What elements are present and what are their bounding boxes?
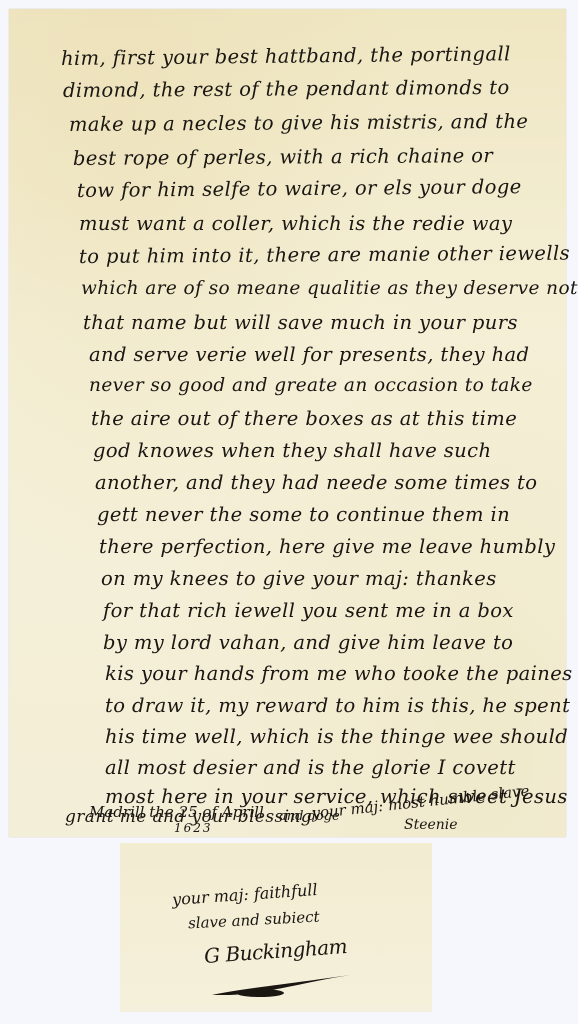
- letter-line-23: all most desier and is the glorie I cove…: [105, 756, 516, 779]
- letter-line-8: which are of so meane qualitie as they d…: [81, 278, 578, 299]
- letter-line-10: and serve verie well for presents, they …: [89, 343, 529, 366]
- letter-line-19: by my lord vahan, and give him leave to: [103, 631, 513, 654]
- letter-line-11: never so good and greate an occasion to …: [89, 375, 533, 396]
- signature-card: your maj: faithfull slave and subiect G …: [120, 843, 432, 1012]
- letter-line-7: to put him into it, there are manie othe…: [79, 242, 570, 268]
- closing-line-2: and doge: [279, 809, 340, 824]
- letter-line-6: must want a coller, which is the redie w…: [79, 212, 512, 235]
- letter-line-17: on my knees to give your maj: thankes: [101, 567, 497, 590]
- letter-line-22: his time well, which is the thinge wee s…: [105, 725, 568, 748]
- letter-line-21: to draw it, my reward to him is this, he…: [105, 694, 570, 717]
- letter-line-14: another, and they had neede some times t…: [95, 471, 537, 494]
- letter-line-9: that name but will save much in your pur…: [83, 311, 518, 334]
- letter-line-18: for that rich iewell you sent me in a bo…: [103, 599, 514, 622]
- card-line-1: your maj: faithfull: [172, 880, 319, 909]
- letter-line-2: dimond, the rest of the pendant dimonds …: [63, 76, 510, 102]
- letter-line-13: god knowes when they shall have such: [93, 439, 491, 462]
- letter-line-16: there perfection, here give me leave hum…: [99, 535, 555, 558]
- letter-line-15: gett never the some to continue them in: [97, 503, 510, 526]
- letter-line-1: him, first your best hattband, the porti…: [61, 42, 511, 70]
- letter-line-12: the aire out of there boxes as at this t…: [91, 407, 517, 430]
- letter-dateline: Madrill the 25 of Aprill: [89, 803, 264, 821]
- letter-line-4: best rope of perles, with a rich chaine …: [73, 144, 493, 170]
- letter-page: him, first your best hattband, the porti…: [9, 9, 566, 837]
- card-line-2: slave and subiect: [188, 908, 320, 933]
- letter-year: 1623: [174, 821, 213, 835]
- letter-line-3: make up a necles to give his mistris, an…: [69, 110, 528, 136]
- letter-signature-steenie: Steenie: [404, 817, 458, 833]
- letter-line-5: tow for him selfe to waire, or els your …: [77, 175, 522, 202]
- signature-flourish-icon: [210, 971, 360, 1001]
- letter-line-20: kis your hands from me who tooke the pai…: [105, 662, 573, 685]
- card-signature-buckingham: G Buckingham: [203, 934, 347, 968]
